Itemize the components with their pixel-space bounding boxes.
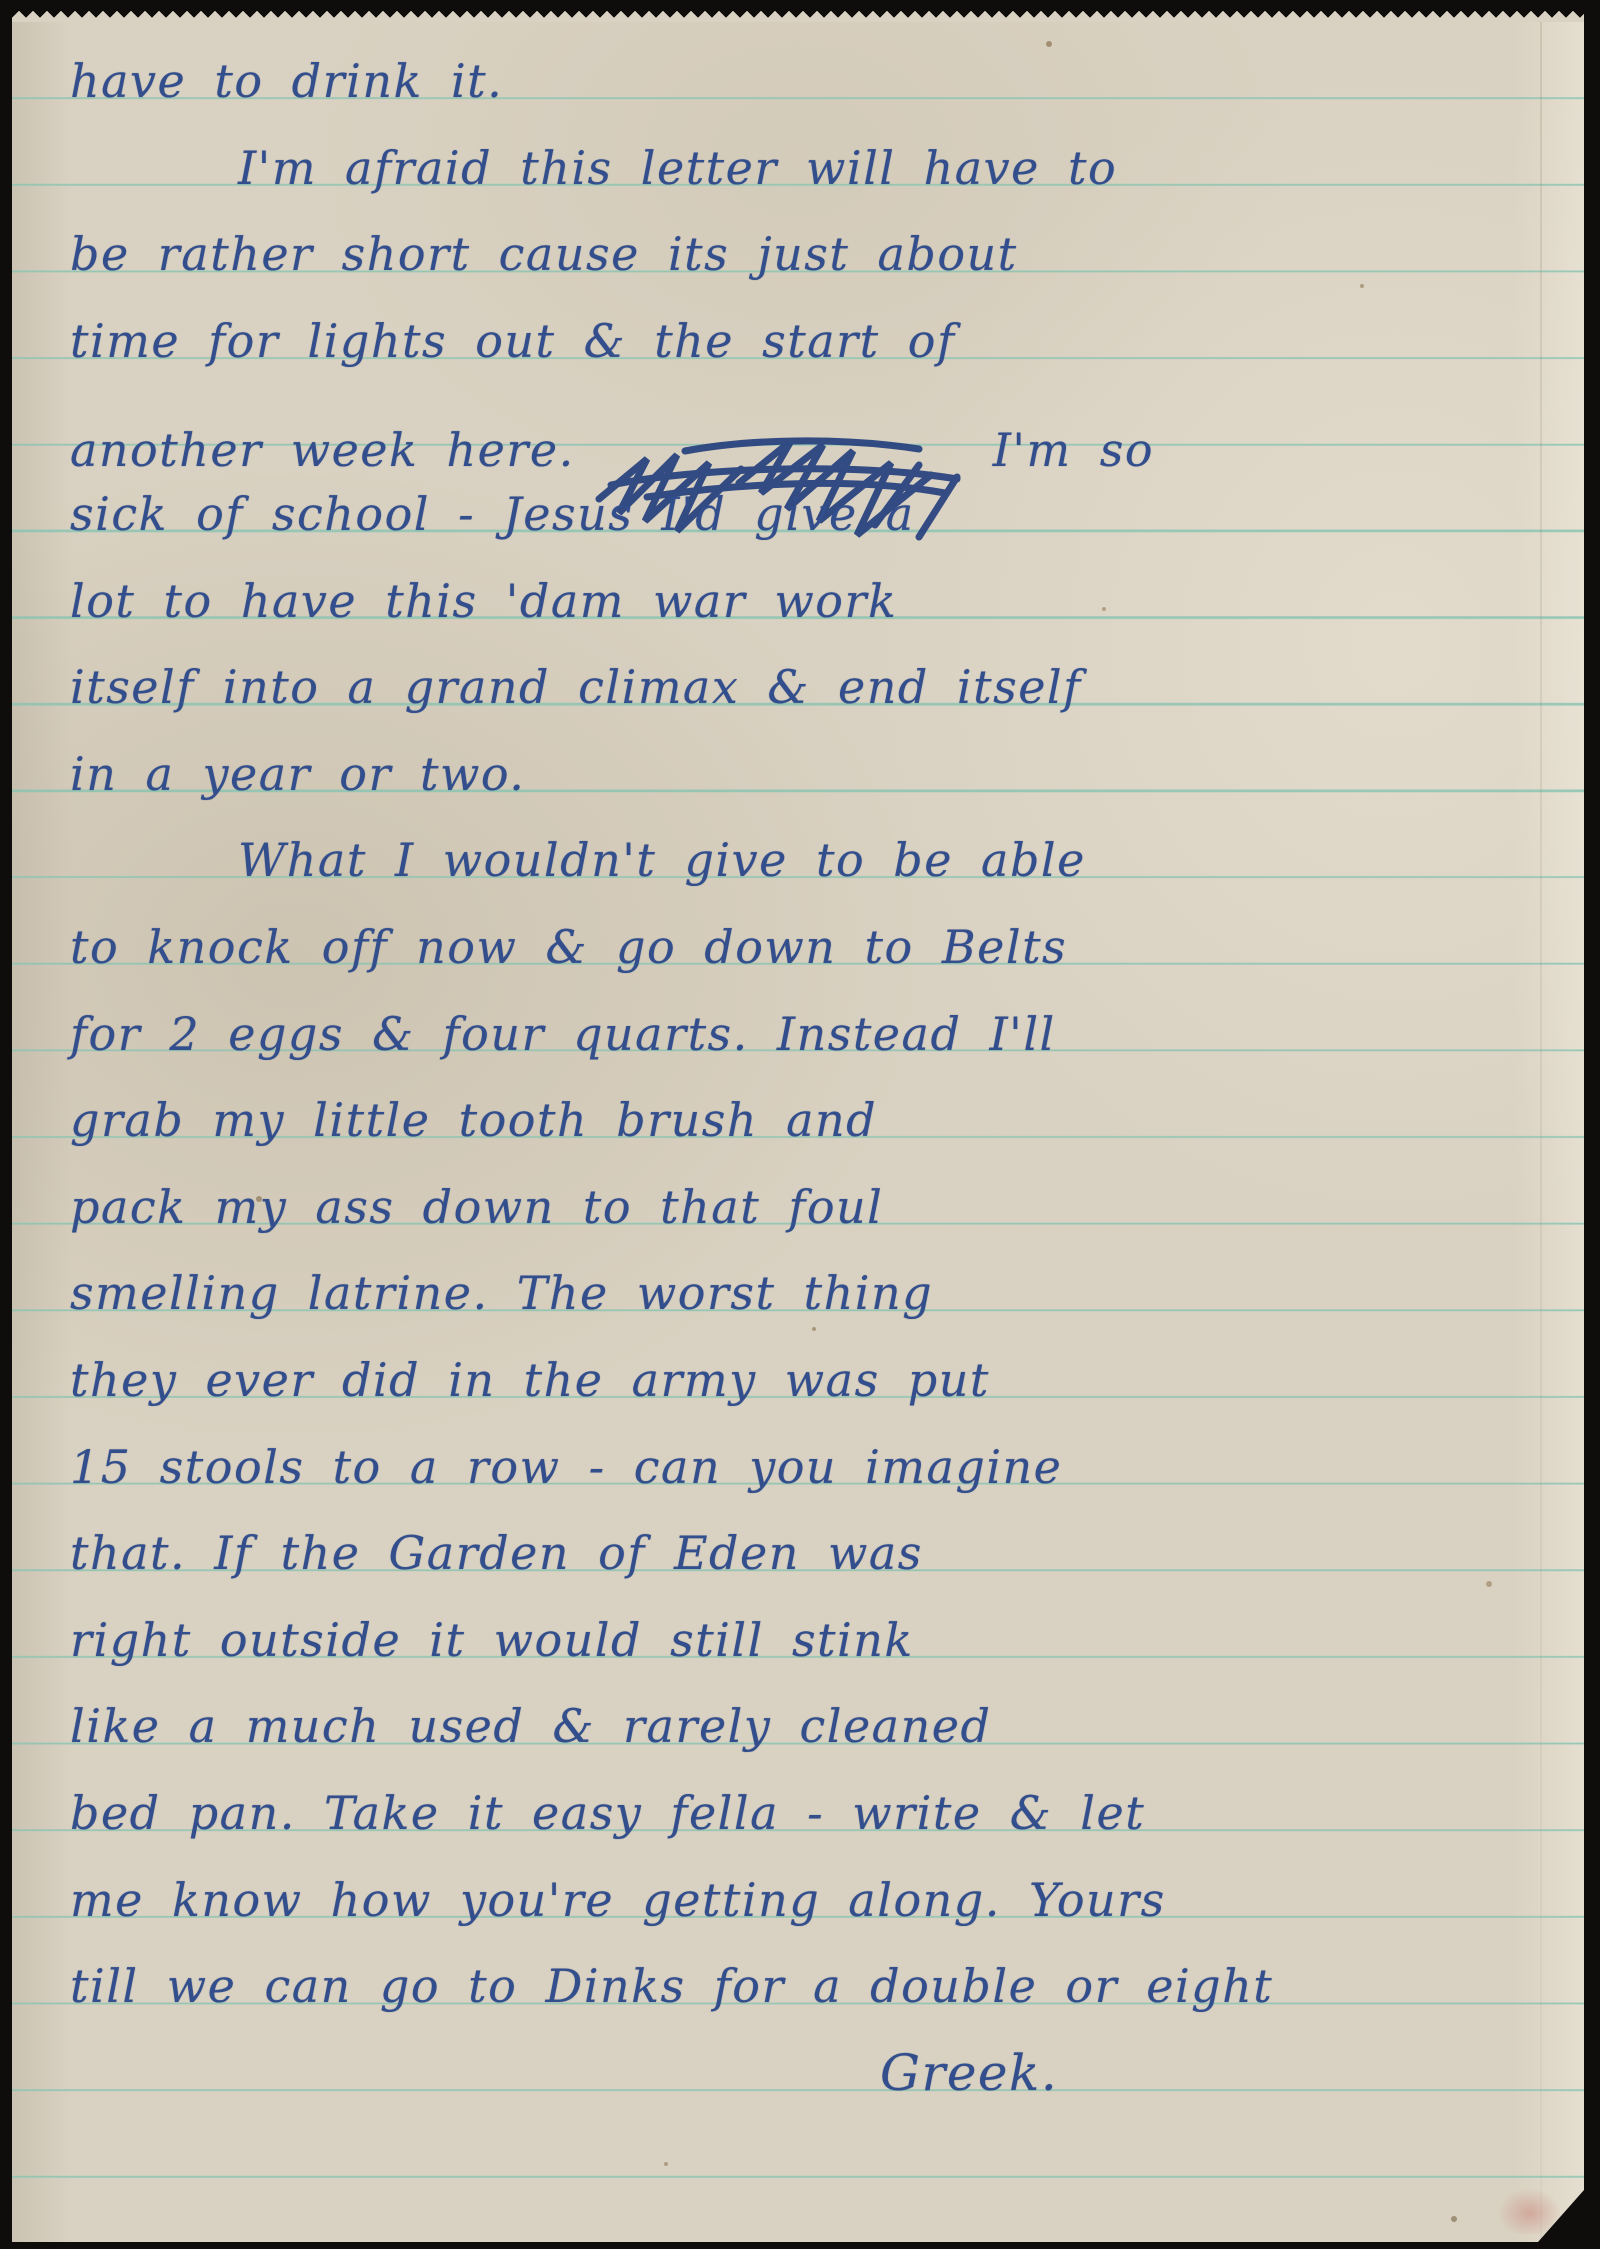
handwriting-text: like a much used & rarely cleaned <box>70 1699 991 1753</box>
handwriting-line: sick of school - Jesus I'd give a <box>70 482 915 546</box>
handwriting-text: 15 stools to a row - can you imagine <box>70 1440 1062 1494</box>
handwriting-text: they ever did in the army was put <box>70 1353 990 1407</box>
handwriting-line: right outside it would still stink <box>70 1608 914 1672</box>
handwriting-line: for 2 eggs & four quarts. Instead I'll <box>70 1002 1056 1066</box>
handwriting-line-with-scribble: another week here. I'm so <box>70 395 1154 459</box>
handwriting-text: sick of school - Jesus I'd give a <box>70 487 915 541</box>
handwriting-text: grab my little tooth brush and <box>70 1093 877 1147</box>
corner-smudge <box>1476 2164 1566 2234</box>
handwriting-text: that. If the Garden of Eden was <box>70 1526 923 1580</box>
signature-text: Greek. <box>880 2044 1058 2102</box>
handwriting-text: right outside it would still stink <box>70 1613 914 1667</box>
scan-background: { "document": { "kind": "handwritten let… <box>0 0 1600 2249</box>
handwriting-line: time for lights out & the start of <box>70 309 956 373</box>
handwriting-text: bed pan. Take it easy fella - write & le… <box>70 1786 1145 1840</box>
handwriting-line: smelling latrine. The worst thing <box>70 1261 933 1325</box>
handwriting-text: smelling latrine. The worst thing <box>70 1266 933 1320</box>
handwriting-line: like a much used & rarely cleaned <box>70 1694 991 1758</box>
handwriting-text: I'm afraid this letter will have to <box>238 141 1117 195</box>
handwriting-line: I'm afraid this letter will have to <box>238 136 1117 200</box>
handwriting-line: till we can go to Dinks for a double or … <box>70 1954 1273 2018</box>
handwriting-text: be rather short cause its just about <box>70 227 1018 281</box>
letter-page: have to drink it. I'm afraid this letter… <box>12 22 1584 2242</box>
handwriting-text: another week here. <box>70 423 575 477</box>
handwriting-line: me know how you're getting along. Yours <box>70 1868 1166 1932</box>
handwriting-line: they ever did in the army was put <box>70 1348 990 1412</box>
handwriting-text: till we can go to Dinks for a double or … <box>70 1959 1273 2013</box>
handwriting-text: lot to have this 'dam war work <box>70 574 897 628</box>
handwriting-line: What I wouldn't give to be able <box>238 828 1086 892</box>
handwriting-line: grab my little tooth brush and <box>70 1088 877 1152</box>
handwriting-line: itself into a grand climax & end itself <box>70 655 1082 719</box>
handwriting-text: for 2 eggs & four quarts. Instead I'll <box>70 1007 1056 1061</box>
handwriting-line: have to drink it. <box>70 49 503 113</box>
handwriting-line: in a year or two. <box>70 742 525 806</box>
handwriting-line: 15 stools to a row - can you imagine <box>70 1435 1062 1499</box>
handwriting-text: me know how you're getting along. Yours <box>70 1873 1166 1927</box>
handwriting-line: bed pan. Take it easy fella - write & le… <box>70 1781 1145 1845</box>
handwriting-line: to knock off now & go down to Belts <box>70 915 1067 979</box>
handwriting-text: in a year or two. <box>70 747 525 801</box>
handwriting-text: time for lights out & the start of <box>70 314 956 368</box>
handwriting-text: itself into a grand climax & end itself <box>70 660 1082 714</box>
handwriting-line: lot to have this 'dam war work <box>70 569 897 633</box>
handwriting-line: be rather short cause its just about <box>70 222 1018 286</box>
handwriting-text: What I wouldn't give to be able <box>238 833 1086 887</box>
paper-crease <box>1540 22 1542 2242</box>
signature: Greek. <box>880 2041 1058 2105</box>
handwriting-line: that. If the Garden of Eden was <box>70 1521 923 1585</box>
handwriting-line: pack my ass down to that foul <box>70 1175 883 1239</box>
handwriting-text: have to drink it. <box>70 54 503 108</box>
handwriting-text: to knock off now & go down to Belts <box>70 920 1067 974</box>
dust-specks <box>12 22 16 26</box>
handwriting-text: pack my ass down to that foul <box>70 1180 883 1234</box>
handwriting-text: I'm so <box>993 423 1154 477</box>
perforated-edge <box>12 8 1584 22</box>
